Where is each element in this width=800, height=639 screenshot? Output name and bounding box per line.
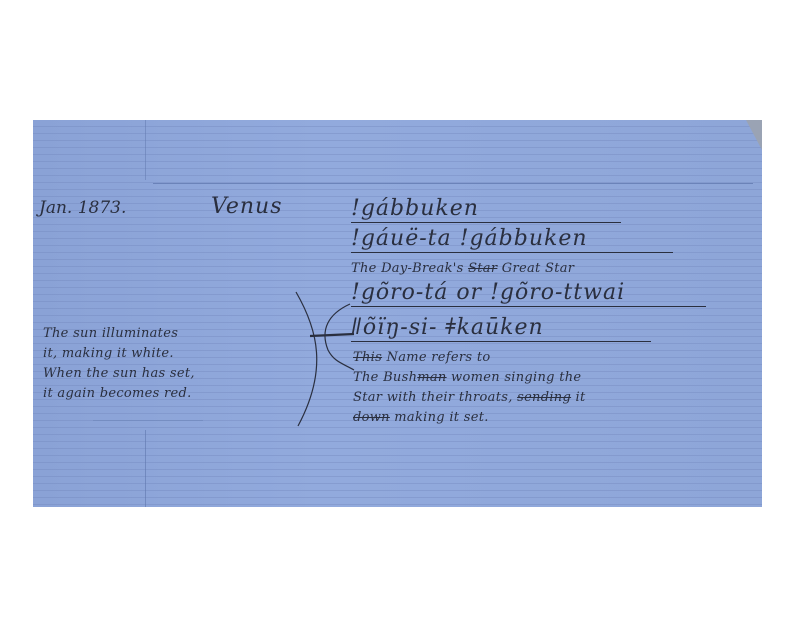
title-venus: Venus bbox=[211, 194, 283, 219]
note-text: it bbox=[576, 390, 586, 405]
note-text: Star with their throats, bbox=[353, 390, 513, 405]
margin-note-line: When the sun has set, bbox=[43, 366, 195, 381]
name-gabbuken: !gábbuken bbox=[351, 196, 621, 223]
name-gaue-ta-gabbuken: !gáuë-ta !gábbuken bbox=[351, 226, 673, 253]
name-goro-ta: !gõro-tá or !gõro-ttwai bbox=[351, 280, 706, 307]
translation-struck: Star bbox=[468, 261, 497, 276]
note-text: The Bush bbox=[353, 370, 417, 385]
note-text: women singing the bbox=[451, 370, 581, 385]
translation-prefix: The Day-Break's bbox=[351, 261, 464, 276]
folded-corner bbox=[746, 120, 762, 150]
margin-note-line: The sun illuminates bbox=[43, 326, 178, 341]
note-struck-word: down bbox=[353, 410, 390, 425]
name-hoin-si-kauken: ǁõïŋ-si- ǂkaūken bbox=[351, 315, 651, 342]
margin-rule-bottom bbox=[145, 430, 146, 507]
translation-suffix: Great Star bbox=[502, 261, 575, 276]
note-text: making it set. bbox=[394, 410, 488, 425]
margin-rule-top bbox=[145, 120, 146, 180]
pasted-slip-edge bbox=[93, 420, 203, 421]
brace-bracket-icon bbox=[288, 290, 358, 430]
note-struck-word: man bbox=[417, 370, 446, 385]
note-struck-word: sending bbox=[517, 390, 571, 405]
translation-line: The Day-Break's Star Great Star bbox=[351, 261, 574, 276]
note-line-3: Star with their throats, sending it bbox=[353, 390, 586, 405]
note-line-2: The Bushman women singing the bbox=[353, 370, 581, 385]
note-line-1: This Name refers to bbox=[353, 350, 490, 365]
margin-note-line: it again becomes red. bbox=[43, 386, 192, 401]
note-line-4: down making it set. bbox=[353, 410, 489, 425]
note-text: Name refers to bbox=[387, 350, 491, 365]
manuscript-page: Jan. 1873. Venus !gábbuken !gáuë-ta !gáb… bbox=[33, 120, 762, 507]
margin-note-line: it, making it white. bbox=[43, 346, 174, 361]
header-rule bbox=[153, 183, 753, 184]
date-text: Jan. 1873. bbox=[39, 198, 126, 218]
